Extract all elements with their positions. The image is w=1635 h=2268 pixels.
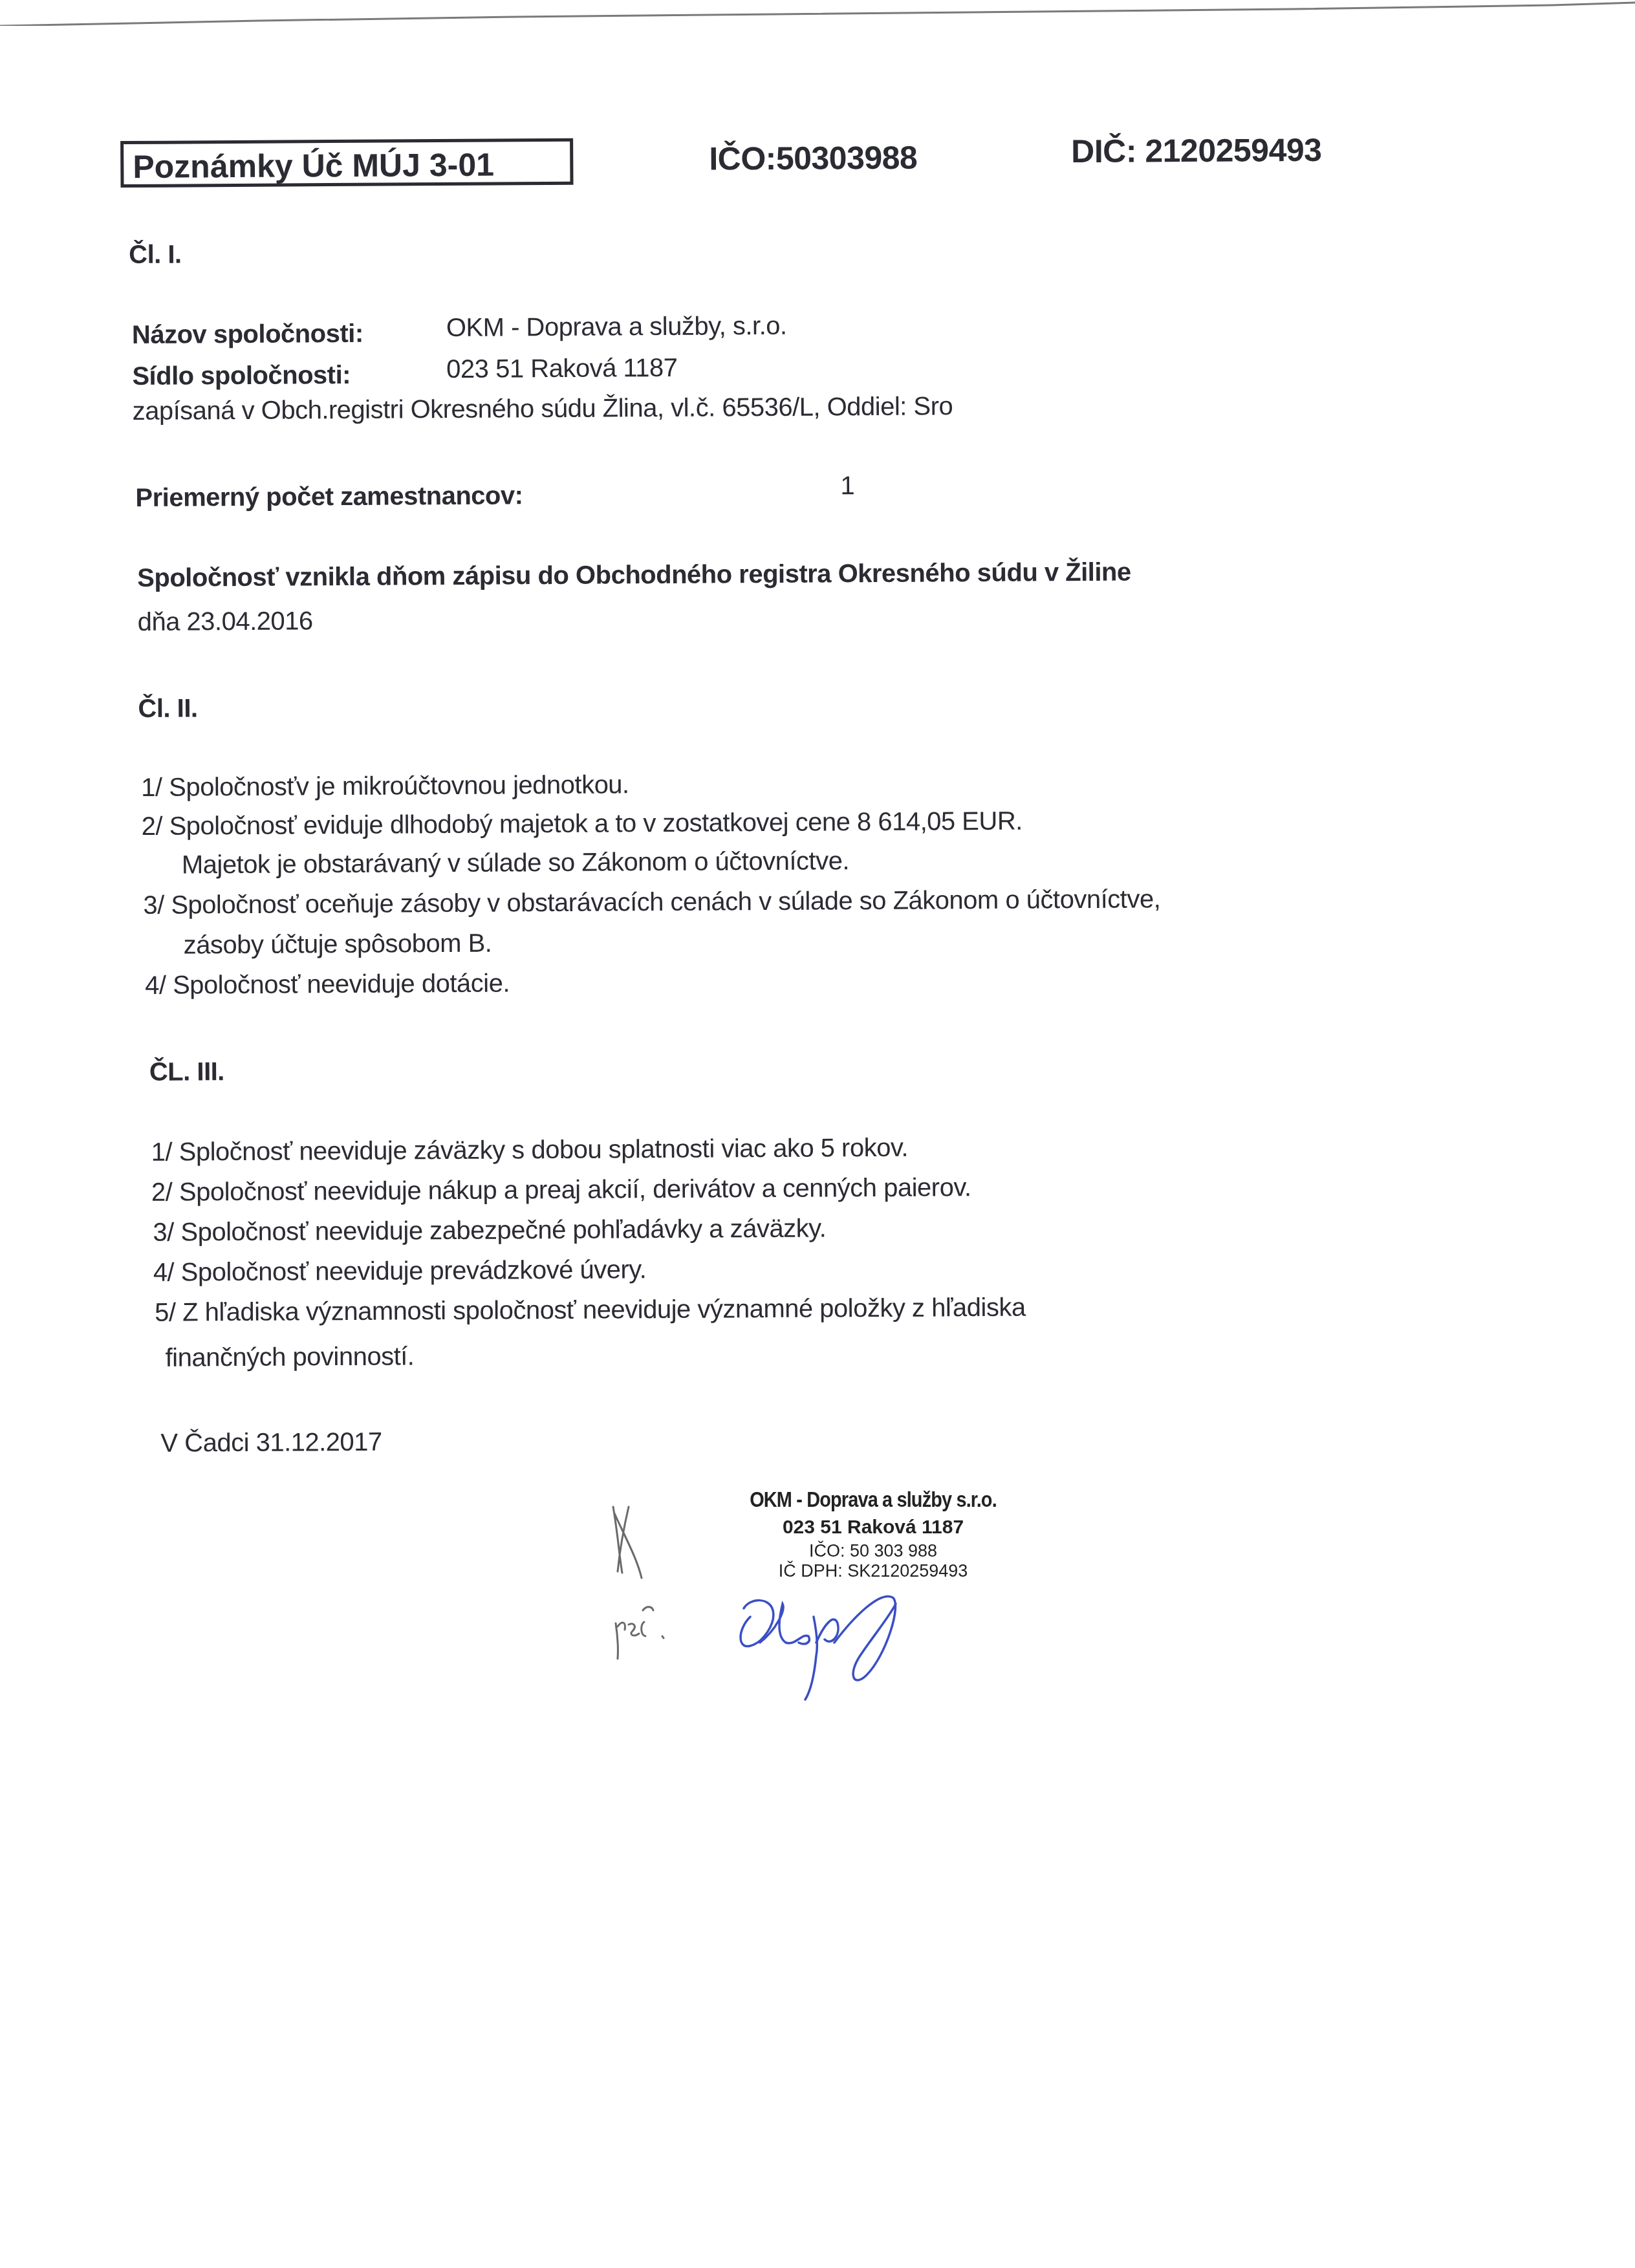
- section-3-item: 2/ Spoločnosť neeviduje nákup a preaj ak…: [151, 1173, 971, 1207]
- document-page: Poznámky Úč MÚJ 3-01 IČO:50303988 DIČ: 2…: [0, 0, 1635, 2268]
- section-2-item: zásoby účtuje spôsobom B.: [184, 929, 492, 960]
- section-2-item: 4/ Spoločnosť neeviduje dotácie.: [145, 969, 510, 1000]
- seat-label: Sídlo spoločnosti:: [132, 361, 351, 391]
- section-3-heading: ČL. III.: [149, 1057, 224, 1087]
- section-1-heading: Čl. I.: [129, 241, 182, 270]
- section-3-item: finančných povinností.: [165, 1342, 414, 1372]
- section-3-item: 5/ Z hľadiska významnosti spoločnosť nee…: [155, 1293, 1026, 1328]
- section-2-heading: Čl. II.: [138, 694, 197, 724]
- section-3-item: 4/ Spoločnosť neeviduje prevádzkové úver…: [153, 1255, 647, 1288]
- stamp-company: OKM - Doprava a služby s.r.o.: [725, 1487, 1022, 1513]
- section-2-item: Majetok je obstarávaný v súlade so Zákon…: [182, 847, 849, 880]
- document-title: Poznámky Úč MÚJ 3-01: [133, 146, 494, 186]
- dic-header: DIČ: 2120259493: [1071, 131, 1322, 170]
- document-title-box: Poznámky Úč MÚJ 3-01: [120, 138, 573, 188]
- section-2-item: 3/ Spoločnosť oceňuje zásoby v obstaráva…: [143, 885, 1160, 920]
- section-2-item: 1/ Spoločnosťv je mikroúčtovnou jednotko…: [141, 770, 629, 803]
- company-stamp: OKM - Doprava a služby s.r.o. 023 51 Rak…: [698, 1487, 1048, 1581]
- section-3-item: 1/ Spločnosť neeviduje záväzky s dobou s…: [151, 1134, 909, 1167]
- stamp-ico: IČO: 50 303 988: [698, 1541, 1048, 1561]
- employees-label: Priemerný počet zamestnancov:: [135, 481, 523, 513]
- section-3-item: 3/ Spoločnosť neeviduje zabezpečné pohľa…: [153, 1214, 826, 1247]
- ico-header: IČO:50303988: [709, 139, 917, 178]
- seat-value: 023 51 Raková 1187: [446, 354, 677, 384]
- registry-line: zapísaná v Obch.registri Okresného súdu …: [133, 392, 953, 426]
- company-name-value: OKM - Doprava a služby, s.r.o.: [446, 312, 787, 343]
- place-date: V Čadci 31.12.2017: [160, 1428, 382, 1458]
- founded-line-1: Spoločnosť vznikla dňom zápisu do Obchod…: [137, 558, 1131, 593]
- stamp-address: 023 51 Raková 1187: [698, 1517, 1048, 1539]
- section-2-item: 2/ Spoločnosť eviduje dlhodobý majetok a…: [141, 807, 1023, 841]
- founded-line-2: dňa 23.04.2016: [138, 607, 313, 637]
- company-name-label: Názov spoločnosti:: [132, 319, 363, 350]
- employees-value: 1: [840, 471, 854, 501]
- stamp-ic-dph: IČ DPH: SK2120259493: [698, 1561, 1048, 1581]
